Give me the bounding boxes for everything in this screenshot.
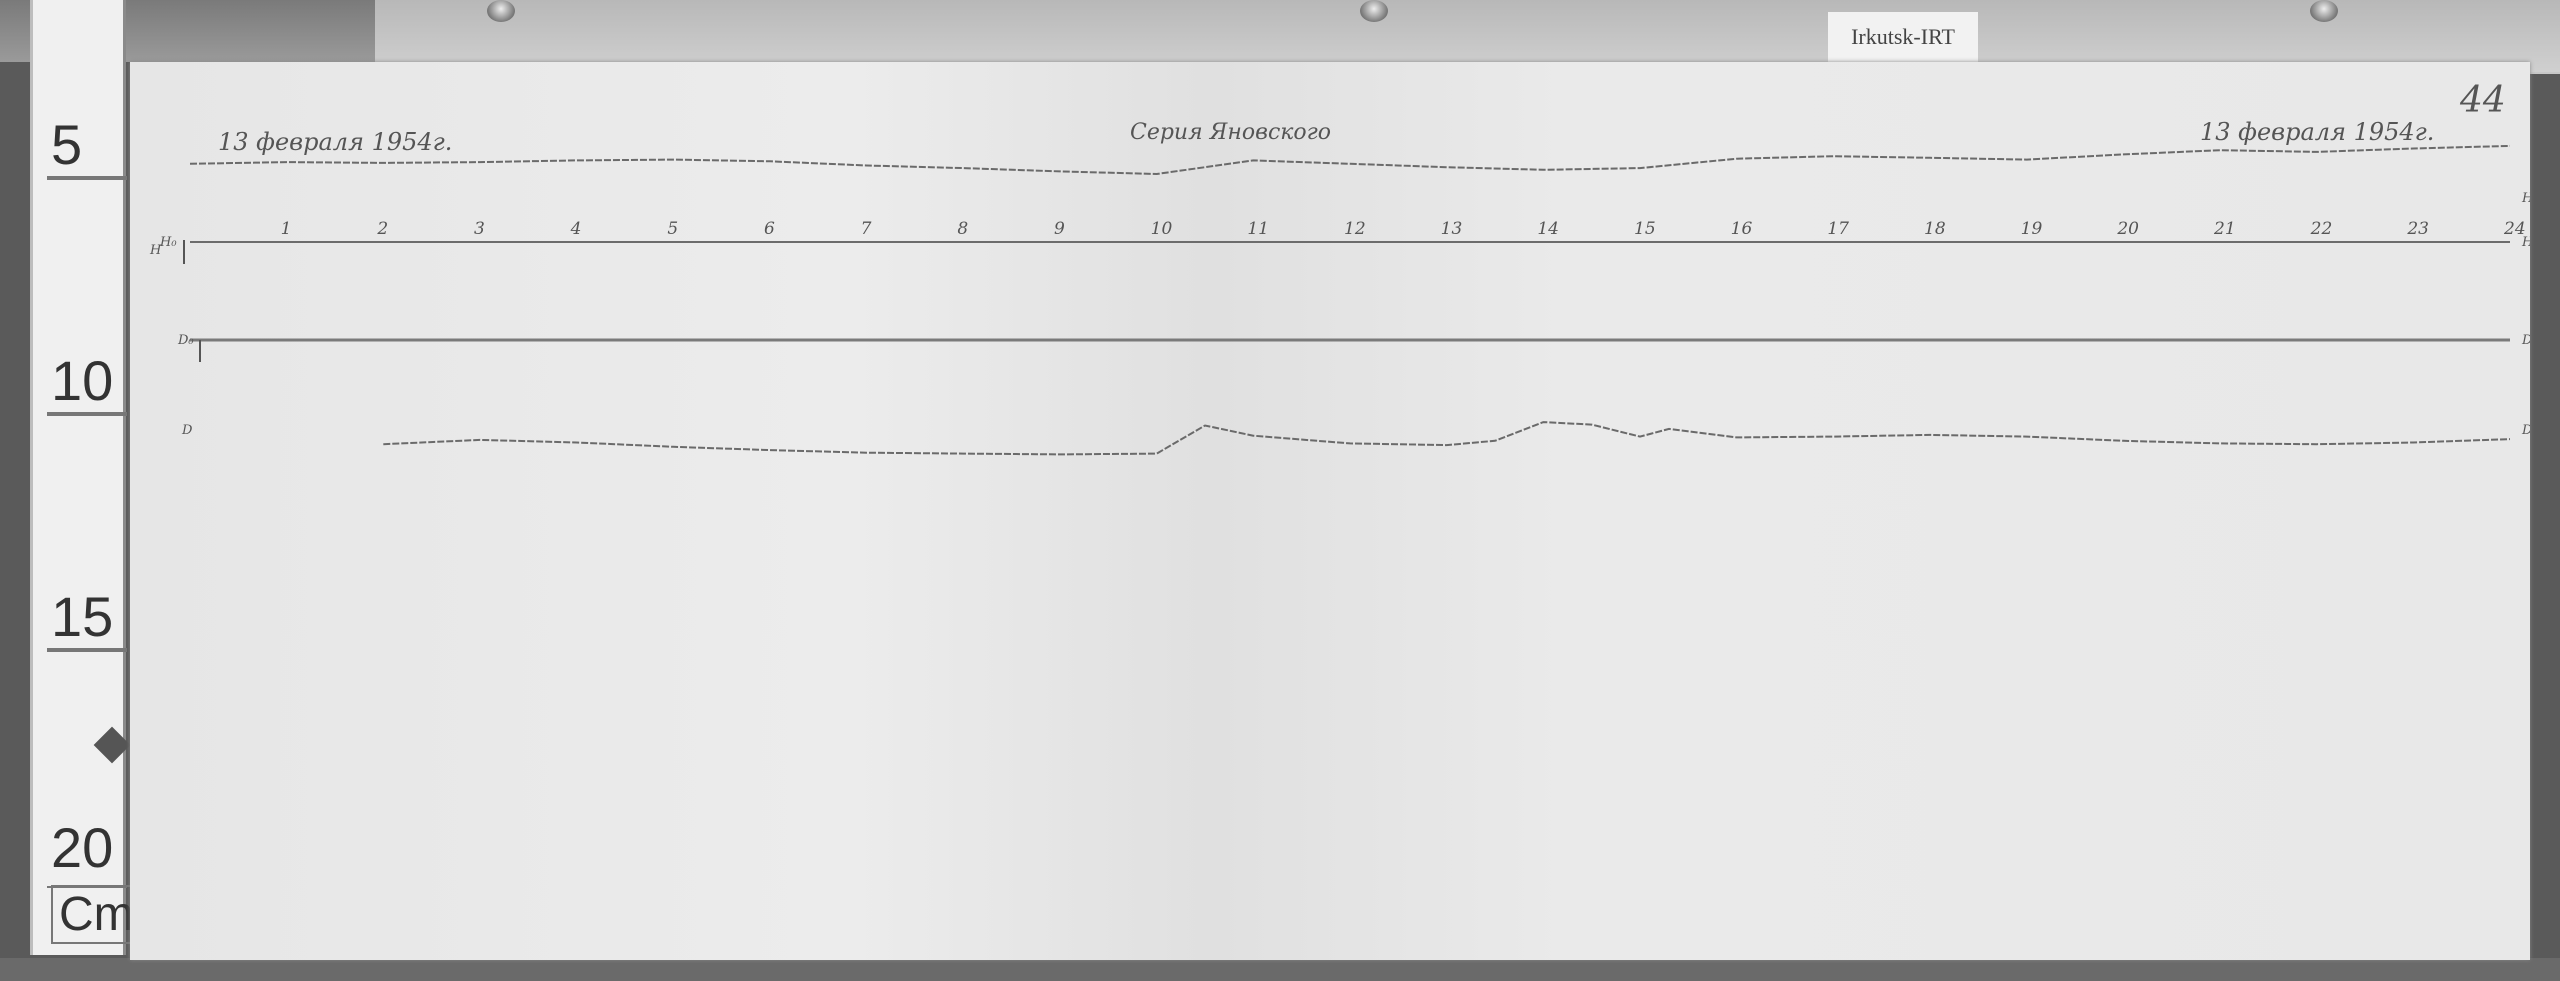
hour-tick-label: 18 bbox=[1924, 219, 1946, 239]
h-trace-label-right: H bbox=[2521, 191, 2530, 206]
ruler-mark-15: 15 bbox=[51, 584, 113, 649]
hour-tick-label: 14 bbox=[1537, 219, 1559, 239]
hour-tick-label: 13 bbox=[1441, 219, 1463, 239]
hour-tick-label: 9 bbox=[1054, 219, 1065, 239]
hour-tick-label: 4 bbox=[570, 219, 582, 239]
hour-tick-label: 17 bbox=[1827, 219, 1849, 239]
magnetogram-sheet: 13 февраля 1954г. Серия Яновского 13 фев… bbox=[130, 62, 2530, 960]
h0-label-left: H₀ bbox=[159, 235, 177, 250]
d0-label-right: D₀ bbox=[2521, 333, 2530, 348]
hour-tick-label: 11 bbox=[1247, 219, 1269, 239]
d-trace-label-left: D bbox=[181, 423, 193, 438]
board-frame-bottom bbox=[0, 958, 2560, 981]
h-trace bbox=[190, 146, 2510, 174]
ruler-mark-20: 20 bbox=[51, 815, 113, 880]
magnetogram-traces: HHH₀H₀1234567891011121314151617181920212… bbox=[130, 62, 2530, 960]
hour-tick-label: 1 bbox=[281, 219, 292, 239]
d0-label-left: D₀ bbox=[177, 333, 194, 348]
hour-tick-label: 7 bbox=[861, 219, 872, 239]
hour-tick-label: 12 bbox=[1344, 219, 1366, 239]
hour-tick-label: 20 bbox=[2116, 219, 2139, 239]
screw-icon bbox=[2310, 0, 2338, 22]
hour-tick-label: 23 bbox=[2406, 219, 2429, 239]
hour-tick-label: 15 bbox=[1634, 219, 1656, 239]
hour-tick-label: 16 bbox=[1731, 219, 1753, 239]
measurement-ruler: 5 10 15 20 Cm bbox=[30, 0, 126, 955]
ruler-unit: Cm bbox=[51, 885, 142, 944]
d-trace bbox=[383, 422, 2510, 454]
hour-tick-label: 19 bbox=[2021, 219, 2043, 239]
hour-tick-label: 6 bbox=[764, 219, 775, 239]
hour-tick-label: 3 bbox=[474, 219, 485, 239]
hour-tick-label: 10 bbox=[1151, 219, 1173, 239]
ruler-mark-5: 5 bbox=[51, 112, 82, 177]
hour-tick-label: 8 bbox=[957, 219, 968, 239]
hour-tick-label: 2 bbox=[376, 219, 388, 239]
hour-tick-label: 5 bbox=[667, 219, 678, 239]
hour-tick-label: 21 bbox=[2213, 219, 2236, 239]
archive-tag: Irkutsk-IRT bbox=[1828, 12, 1978, 62]
ruler-mark-10: 10 bbox=[51, 348, 113, 413]
hour-tick-label: 22 bbox=[2310, 219, 2333, 239]
screw-icon bbox=[1360, 0, 1388, 22]
screw-icon bbox=[487, 0, 515, 22]
d-trace-label-right: D bbox=[2521, 423, 2530, 438]
hour-tick-label: 24 bbox=[2503, 219, 2526, 239]
